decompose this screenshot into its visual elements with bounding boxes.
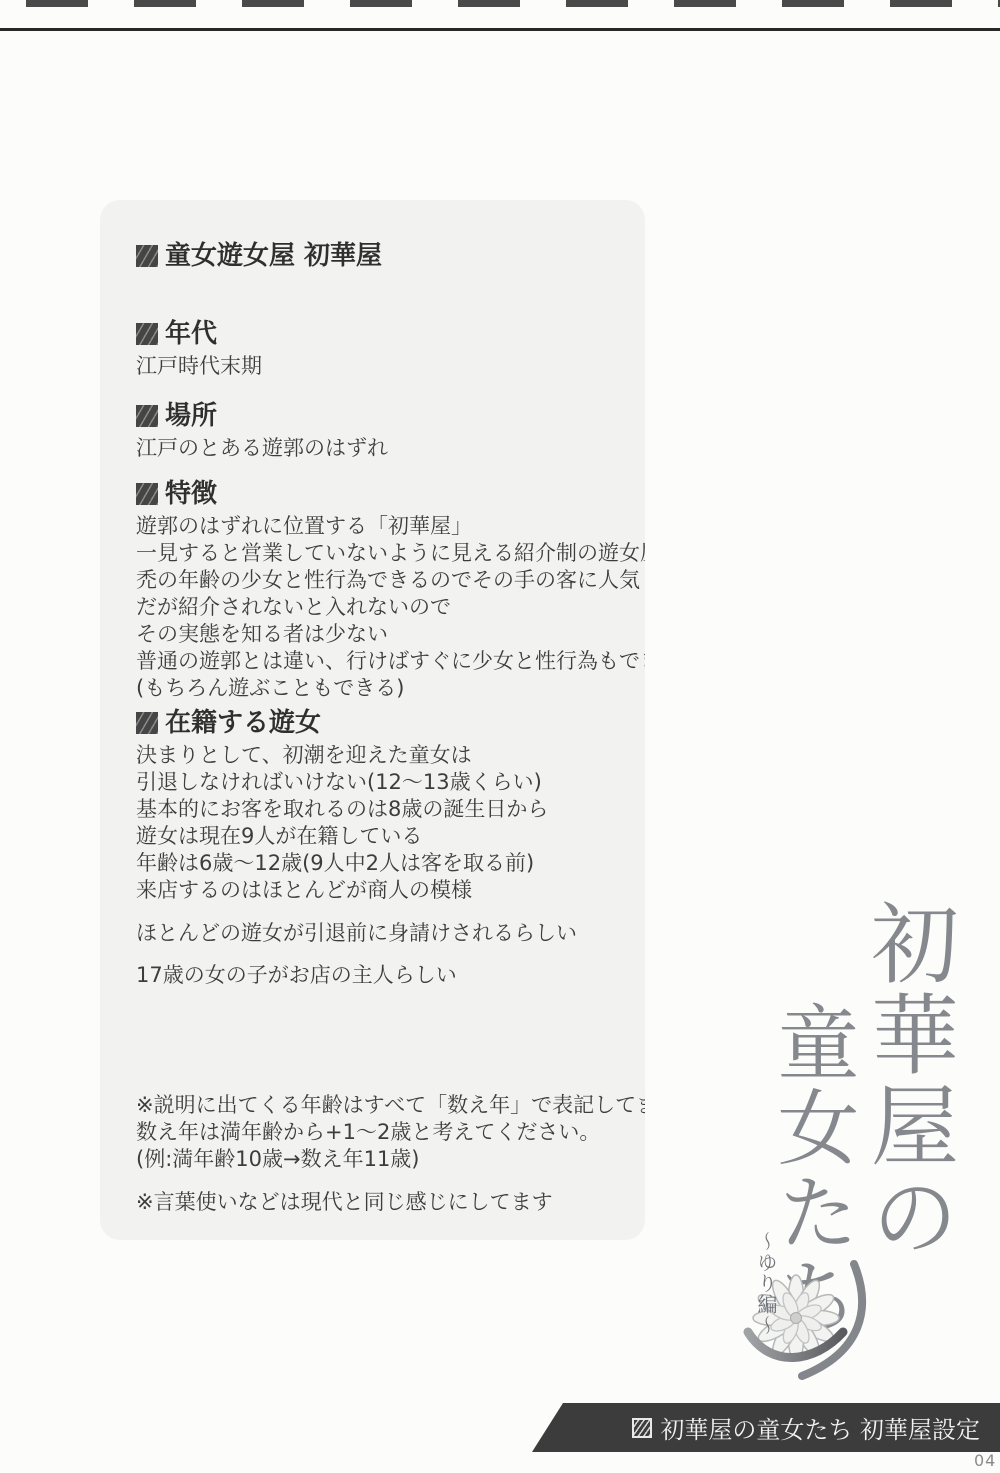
- footer-caption-bar: 初華屋の童女たち 初華屋設定: [532, 1403, 1000, 1452]
- text-line: 基本的にお客を取れるのは8歳の誕生日から: [136, 796, 609, 823]
- hatched-square-bullet-icon: [136, 483, 158, 505]
- section-title-text: 在籍する遊女: [165, 707, 321, 739]
- section-title: 年代: [136, 318, 609, 350]
- section-title: 場所: [136, 400, 609, 432]
- text-line: 江戸時代末期: [136, 353, 609, 380]
- text-line: 遊郭のはずれに位置する「初華屋」: [136, 513, 609, 540]
- text-line: 引退しなければいけない(12〜13歳くらい): [136, 769, 609, 796]
- footnote-block-language: ※言葉使いなどは現代と同じ感じにしてます: [136, 1189, 609, 1216]
- text-line: 17歳の女の子がお店の主人らしい: [136, 962, 609, 989]
- text-line: 年齢は6歳〜12歳(9人中2人は客を取る前): [136, 850, 609, 877]
- side-subtitle: 〜ゆり編〜: [756, 1231, 776, 1336]
- text-line: 遊女は現在9人が在籍している: [136, 823, 609, 850]
- text-line: (もちろん遊ぶこともできる): [136, 675, 609, 702]
- section-courtesans: 在籍する遊女 決まりとして、初潮を迎えた童女は引退しなければいけない(12〜13…: [136, 707, 609, 989]
- text-line: だが紹介されないと入れないので: [136, 594, 609, 621]
- hatched-square-bullet-icon: [136, 323, 158, 345]
- text-line: その実態を知る者は少ない: [136, 621, 609, 648]
- side-title-line-1: 初華屋の: [864, 898, 952, 1262]
- hatched-square-bullet-icon: [136, 245, 158, 267]
- section-features: 特徴 遊郭のはずれに位置する「初華屋」一見すると営業していないように見える紹介制…: [136, 478, 609, 702]
- hatched-square-bullet-icon: [136, 405, 158, 427]
- text-line: 来店するのはほとんどが商人の模様: [136, 877, 609, 904]
- hatched-square-icon: [632, 1418, 652, 1438]
- footnote-block-age-counting: ※説明に出てくる年齢はすべて「数え年」で表記してます数え年は満年齢から+1〜2歳…: [136, 1092, 609, 1173]
- text-line: 一見すると営業していないように見える紹介制の遊女屋: [136, 540, 609, 567]
- scanned-doujin-setting-page: 童女遊女屋 初華屋 年代 江戸時代末期 場所 江戸のとある遊郭のはずれ 特徴 遊…: [0, 0, 1000, 1473]
- footnote-line: (例:満年齢10歳→数え年11歳): [136, 1146, 609, 1173]
- setting-info-panel: 童女遊女屋 初華屋 年代 江戸時代末期 場所 江戸のとある遊郭のはずれ 特徴 遊…: [100, 200, 645, 1240]
- section-shop-name: 童女遊女屋 初華屋: [136, 240, 609, 272]
- footnote-line: ※言葉使いなどは現代と同じ感じにしてます: [136, 1189, 609, 1216]
- footnote-line: ※説明に出てくる年齢はすべて「数え年」で表記してます: [136, 1092, 609, 1119]
- section-era: 年代 江戸時代末期: [136, 318, 609, 380]
- section-title-text: 場所: [165, 400, 217, 432]
- text-line: 決まりとして、初潮を迎えた童女は: [136, 742, 609, 769]
- footer-caption-text: 初華屋の童女たち 初華屋設定: [660, 1410, 980, 1445]
- text-line: 江戸のとある遊郭のはずれ: [136, 435, 609, 462]
- text-line: ほとんどの遊女が引退前に身請けされるらしい: [136, 920, 609, 947]
- footnote-line: 数え年は満年齢から+1〜2歳と考えてください。: [136, 1119, 609, 1146]
- top-divider-line: [0, 28, 1000, 31]
- section-title: 特徴: [136, 478, 609, 510]
- section-title: 童女遊女屋 初華屋: [136, 240, 609, 272]
- text-line: 禿の年齢の少女と性行為できるのでその手の客に人気: [136, 567, 609, 594]
- text-line: 普通の遊郭とは違い、行けばすぐに少女と性行為もできる: [136, 648, 609, 675]
- section-title-text: 童女遊女屋 初華屋: [165, 240, 382, 272]
- section-title-text: 特徴: [165, 478, 217, 510]
- section-location: 場所 江戸のとある遊郭のはずれ: [136, 400, 609, 462]
- hatched-square-bullet-icon: [136, 712, 158, 734]
- top-scan-artifacts: [26, 0, 1000, 7]
- page-number: 04: [974, 1451, 996, 1470]
- section-title: 在籍する遊女: [136, 707, 609, 739]
- title-flourish-stroke: [792, 1260, 872, 1390]
- section-title-text: 年代: [165, 318, 217, 350]
